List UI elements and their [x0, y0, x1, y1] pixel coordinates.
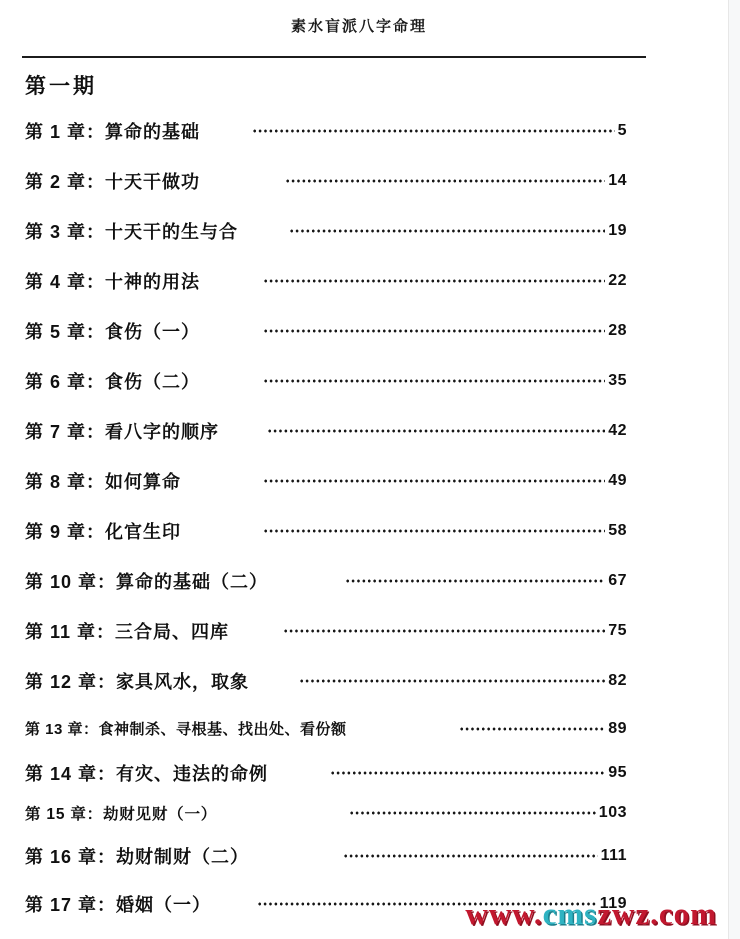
dot-leader	[263, 456, 605, 506]
dot-leader	[349, 794, 596, 832]
document-page: 素水盲派八字命理 第一期 第 1 章：算命的基础5第 2 章：十天干做功14第 …	[0, 0, 740, 939]
page-number: 111	[601, 847, 627, 865]
dot-leader	[285, 156, 605, 206]
toc-entry: 第 8 章：如何算命49	[25, 456, 627, 506]
section-heading: 第一期	[25, 70, 97, 100]
page-number: 22	[608, 272, 627, 290]
page-edge	[728, 0, 740, 939]
dot-leader	[299, 656, 605, 706]
toc-entry: 第 13 章：食神制杀、寻根基、找出处、看份额89	[25, 706, 627, 751]
chapter-label: 第 10 章：算命的基础（二）	[25, 568, 343, 594]
dot-leader	[289, 206, 605, 256]
page-number: 89	[608, 720, 627, 738]
toc-entry: 第 5 章：食伤（一）28	[25, 306, 627, 356]
dot-leader	[330, 751, 605, 794]
toc-entry: 第 7 章：看八字的顺序42	[25, 406, 627, 456]
chapter-label: 第 8 章：如何算命	[25, 468, 261, 494]
toc-entry: 第 12 章：家具风水，取象82	[25, 656, 627, 706]
chapter-label: 第 16 章：劫财制财（二）	[25, 843, 341, 869]
chapter-label: 第 11 章：三合局、四库	[25, 618, 281, 644]
header-divider	[22, 56, 646, 58]
toc-entry: 第 4 章：十神的用法22	[25, 256, 627, 306]
watermark-segment: zwz.com	[597, 896, 717, 931]
dot-leader	[345, 556, 605, 606]
dot-leader	[283, 606, 605, 656]
watermark-segment: cms	[543, 896, 598, 931]
chapter-label: 第 9 章：化官生印	[25, 518, 261, 544]
toc-entry: 第 10 章：算命的基础（二）67	[25, 556, 627, 606]
dot-leader	[263, 306, 605, 356]
chapter-label: 第 3 章：十天干的生与合	[25, 218, 287, 244]
table-of-contents: 第 1 章：算命的基础5第 2 章：十天干做功14第 3 章：十天干的生与合19…	[25, 106, 627, 928]
chapter-label: 第 12 章：家具风水，取象	[25, 668, 297, 694]
toc-entry: 第 11 章：三合局、四库75	[25, 606, 627, 656]
dot-leader	[252, 106, 615, 156]
toc-entry: 第 16 章：劫财制财（二）111	[25, 832, 627, 880]
dot-leader	[459, 706, 605, 751]
chapter-label: 第 7 章：看八字的顺序	[25, 418, 265, 444]
page-number: 82	[608, 672, 627, 690]
chapter-label: 第 14 章：有灾、违法的命例	[25, 760, 328, 786]
dot-leader	[263, 506, 605, 556]
page-number: 75	[608, 622, 627, 640]
page-number: 67	[608, 572, 627, 590]
toc-entry: 第 9 章：化官生印58	[25, 506, 627, 556]
page-number: 42	[608, 422, 627, 440]
chapter-label: 第 2 章：十天干做功	[25, 168, 283, 194]
chapter-label: 第 4 章：十神的用法	[25, 268, 261, 294]
page-number: 19	[608, 222, 627, 240]
page-number: 49	[608, 472, 627, 490]
dot-leader	[343, 832, 598, 880]
watermark: www.cmszwz.com	[465, 898, 717, 929]
toc-entry: 第 1 章：算命的基础5	[25, 106, 627, 156]
dot-leader	[263, 256, 605, 306]
chapter-label: 第 15 章：劫财见财（一）	[25, 802, 347, 824]
toc-entry: 第 2 章：十天干做功14	[25, 156, 627, 206]
chapter-label: 第 17 章：婚姻（一）	[25, 891, 255, 917]
page-number: 103	[599, 804, 627, 822]
page-number: 28	[608, 322, 627, 340]
dot-leader	[267, 406, 605, 456]
page-title: 素水盲派八字命理	[0, 15, 718, 36]
dot-leader	[263, 356, 605, 406]
page-number: 14	[608, 172, 627, 190]
chapter-label: 第 1 章：算命的基础	[25, 118, 250, 144]
chapter-label: 第 6 章：食伤（二）	[25, 368, 261, 394]
page-number: 95	[608, 764, 627, 782]
toc-entry: 第 14 章：有灾、违法的命例95	[25, 751, 627, 794]
chapter-label: 第 13 章：食神制杀、寻根基、找出处、看份额	[25, 718, 457, 739]
page-number: 58	[608, 522, 627, 540]
page-number: 5	[618, 122, 627, 140]
toc-entry: 第 15 章：劫财见财（一）103	[25, 794, 627, 832]
watermark-segment: www.	[465, 896, 542, 931]
chapter-label: 第 5 章：食伤（一）	[25, 318, 261, 344]
page-number: 35	[608, 372, 627, 390]
toc-entry: 第 3 章：十天干的生与合19	[25, 206, 627, 256]
toc-entry: 第 6 章：食伤（二）35	[25, 356, 627, 406]
